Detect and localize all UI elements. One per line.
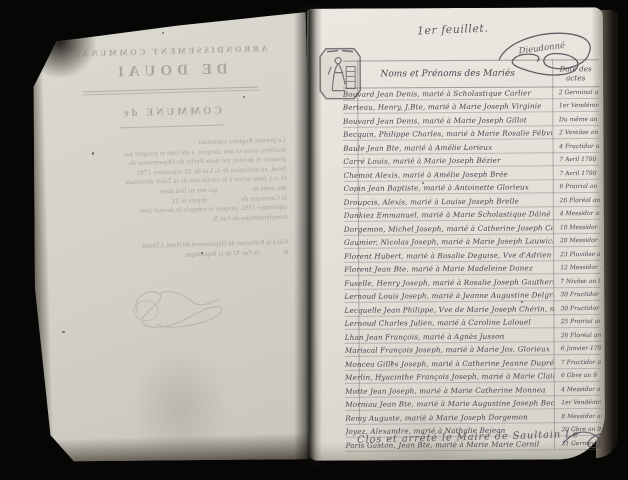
groom-name: Mariscal François Joseph, marié à Marie … xyxy=(345,343,554,356)
groom-name: Lernoud Charles Julien, marié à Caroline… xyxy=(345,316,554,329)
act-date: 4 Messidor an 9 xyxy=(553,208,600,219)
groom-name: Moncea Gilles Joseph, marié à Catherine … xyxy=(345,357,554,370)
act-date: 7 Nivôse an 9 xyxy=(553,275,600,286)
act-date: Du même an 10 xyxy=(552,113,599,124)
double-rule xyxy=(83,86,259,95)
act-date: 26 Floréal an 10 xyxy=(554,329,601,340)
act-date: 10 Messidor an 9 xyxy=(553,221,600,232)
act-date: 30 Fructidor an 9 xyxy=(553,302,600,313)
groom-name: Copin Jean Baptiste, marié à Antoinette … xyxy=(344,181,553,194)
groom-name: Becquin, Philippe Charles, marié à Marie… xyxy=(343,127,552,140)
act-date: 1er Vendémre an 7 xyxy=(554,397,601,408)
act-date: 1er Vendémre an 9 xyxy=(552,100,599,111)
groom-name: Florent Jean Bte, marié à Marie Madelein… xyxy=(344,262,553,275)
act-date: 7 Avril 1790 xyxy=(552,154,599,165)
act-date: 6 Prairial an 10 xyxy=(552,181,599,192)
groom-name: Lhan Jean François, marié à Agnès Jusson xyxy=(345,330,554,343)
act-date: 2 Ventôse an 10 xyxy=(552,127,599,138)
groom-name: Florent Hubert, marié à Rosalie Deguise,… xyxy=(344,249,553,262)
commune-title: COMMUNE de xyxy=(58,104,284,121)
groom-name: Berteau, Henry, J.Bte, marié à Marie Jos… xyxy=(343,100,552,113)
act-date: 30 Fructidor an 8 xyxy=(553,289,600,300)
act-date: 6 Janvier 1790 xyxy=(554,343,601,354)
dust-speck xyxy=(391,361,393,363)
groom-name: Lecquelle Jean Philippe, Vve de Marie Jo… xyxy=(344,303,553,316)
names-column-header: Noms et Prénoms des Mariés xyxy=(343,68,552,79)
groom-name: Gaumier, Nicolas Joseph, marié à Marie J… xyxy=(344,235,553,248)
dust-speck xyxy=(243,96,245,98)
groom-name: Baule Jean Bte, marié à Amélie Lorieux xyxy=(343,141,552,154)
single-rule xyxy=(120,124,224,128)
scanned-register-photo: ARRONDISSEMENT COMMUNAL DE DOUAI COMMUNE… xyxy=(0,0,628,480)
dust-speck xyxy=(521,301,523,303)
groom-name: Bouvard Jean Denis, marié à Scholastique… xyxy=(343,87,552,100)
act-date: 6 Gbre an 9 xyxy=(554,370,601,381)
act-date: 20 Messidor an 9 xyxy=(553,235,600,246)
left-page: ARRONDISSEMENT COMMUNAL DE DOUAI COMMUNE… xyxy=(22,12,318,467)
groom-name: Remy Auguste, marié à Marie Joseph Dorge… xyxy=(345,411,554,424)
feuillet-label: 1er feuillet. xyxy=(417,22,489,38)
dust-speck xyxy=(162,32,164,34)
prefecture-footer: Fait à la Préfecture du Département du N… xyxy=(62,238,288,264)
paraph-text: Dieudonné xyxy=(517,40,566,57)
closure-flourish-icon xyxy=(561,423,607,453)
groom-name: Dorgemon, Michel Joseph, marié à Catheri… xyxy=(344,222,553,235)
act-date: 12 Messidor an 12 xyxy=(553,262,600,273)
groom-name: Bouvard Jean Denis, marié à Marie Joseph… xyxy=(343,114,552,127)
dust-speck xyxy=(201,252,203,254)
groom-name: Fuselle, Henry Joseph, marié à Rosalie J… xyxy=(344,276,553,289)
act-date: 8 Messidor an 6 xyxy=(554,410,601,421)
dust-speck xyxy=(62,331,65,333)
groom-name: Morniau Jean Bte, marié à Marie Augustin… xyxy=(345,397,554,410)
right-page: 1er feuillet. Dieudonné Noms et Prénoms … xyxy=(307,7,605,461)
act-date: 2 Germinal an 9 xyxy=(552,86,599,97)
groom-name: Dankiez Emmanuel, marié à Marie Scholast… xyxy=(344,208,553,221)
groom-name: Chemot Alexis, marié à Amélie Joseph Bré… xyxy=(343,168,552,181)
groom-name: Merlin, Hyacinthe François Joseph, marié… xyxy=(345,370,554,383)
act-date: 7 Avril 1790 xyxy=(552,167,599,178)
printed-paragraph: Le présent Registre contenantfeuillets, … xyxy=(59,136,287,229)
table-header: Noms et Prénoms des Mariés Date des acte… xyxy=(343,59,599,88)
pencil-scribble-icon xyxy=(107,276,241,342)
douai-title: DE DOUAI xyxy=(57,60,283,83)
groom-name: Carré Louis, marié à Marie Joseph Bézier xyxy=(343,154,552,167)
dust-speck xyxy=(92,152,94,155)
act-date: 4 Messidor an 6 xyxy=(554,383,601,394)
date-column-header: Date des actes xyxy=(552,64,599,82)
act-date: 26 Floréal an 9 xyxy=(553,194,600,205)
dust-speck xyxy=(422,182,424,184)
act-date: 25 Prairial an 9 xyxy=(554,316,601,327)
groom-name: Motte Jean Joseph, marié à Marie Catheri… xyxy=(345,384,554,397)
register-rows: Bouvard Jean Denis, marié à Scholastique… xyxy=(343,85,602,451)
act-date: 7 Fructidor an 9 xyxy=(554,356,601,367)
act-date: 23 Pluviôse an 12 xyxy=(553,248,600,259)
groom-name: Droupcis, Alexis, marié à Louise Joseph … xyxy=(344,195,553,208)
act-date: 4 Fructidor an 12 xyxy=(552,140,599,151)
arrondissement-title: ARRONDISSEMENT COMMUNAL xyxy=(57,43,283,59)
